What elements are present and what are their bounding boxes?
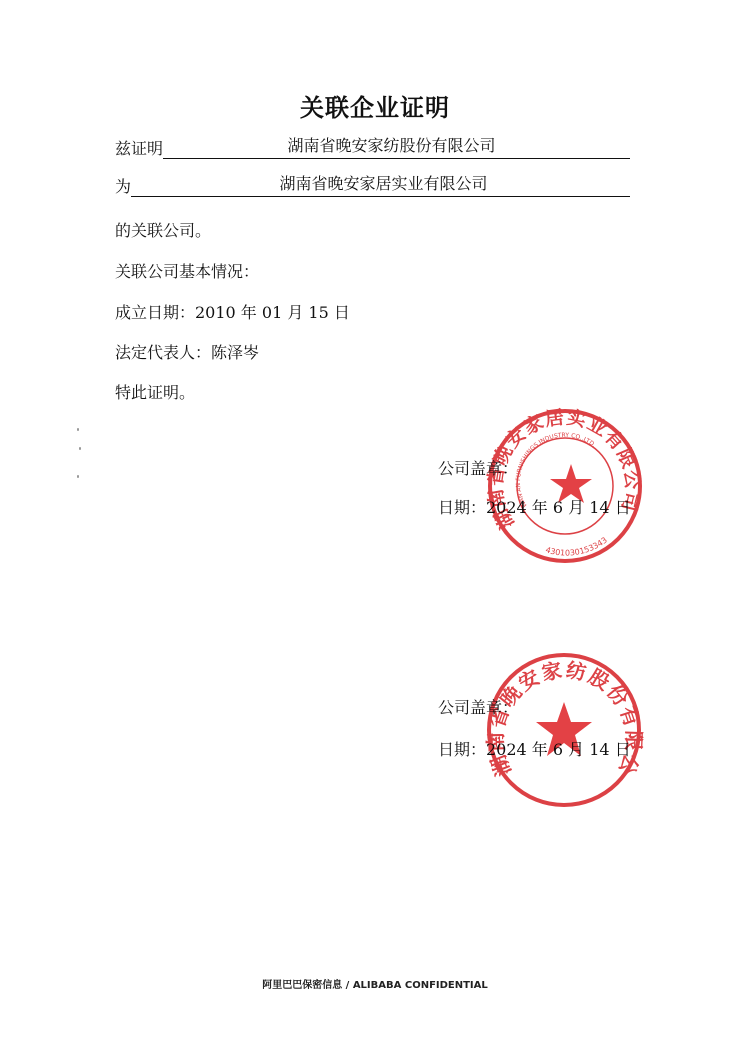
confidential-footer: 阿里巴巴保密信息 / ALIBABA CONFIDENTIAL [0,976,750,991]
svg-text:WAN'AN FURNISHINGS INDUSTRY CO: WAN'AN FURNISHINGS INDUSTRY CO.,LTD. [515,432,597,509]
related-statement: 的关联公司。 [115,218,211,241]
document-title: 关联企业证明 [0,88,750,123]
star-icon [536,702,592,756]
closing-statement: 特此证明。 [115,380,195,403]
scan-speck [77,428,79,431]
seal-1-company-text: 湖南省晚安家居实业有限公司 [485,406,644,533]
company-seal-2: 湖南省晚安家纺股份有限公司 [484,650,644,810]
company-fill-line-2: 湖南省晚安家居实业有限公司 [131,176,630,197]
basic-info-heading: 关联公司基本情况： [115,259,259,282]
scan-speck [79,447,81,450]
seal-1-english-text: WAN'AN FURNISHINGS INDUSTRY CO.,LTD. [515,432,597,509]
related-company-name: 湖南省晚安家居实业有限公司 [137,174,630,194]
star-icon [550,464,592,503]
company-fill-line-1: 湖南省晚安家纺股份有限公司 [163,138,630,159]
established-date: 成立日期：2010 年 01 月 15 日 [115,300,350,323]
certify-line-2: 为 湖南省晚安家居实业有限公司 [115,174,630,197]
related-prefix: 为 [115,174,131,197]
certified-company-name: 湖南省晚安家纺股份有限公司 [153,136,630,156]
company-seal-1: 湖南省晚安家居实业有限公司 WAN'AN FURNISHINGS INDUSTR… [485,406,645,566]
scan-speck [77,475,79,478]
legal-representative: 法定代表人：陈泽岑 [115,340,259,363]
svg-text:湖南省晚安家居实业有限公司: 湖南省晚安家居实业有限公司 [485,406,644,533]
certify-line-1: 兹证明 湖南省晚安家纺股份有限公司 [115,136,630,159]
